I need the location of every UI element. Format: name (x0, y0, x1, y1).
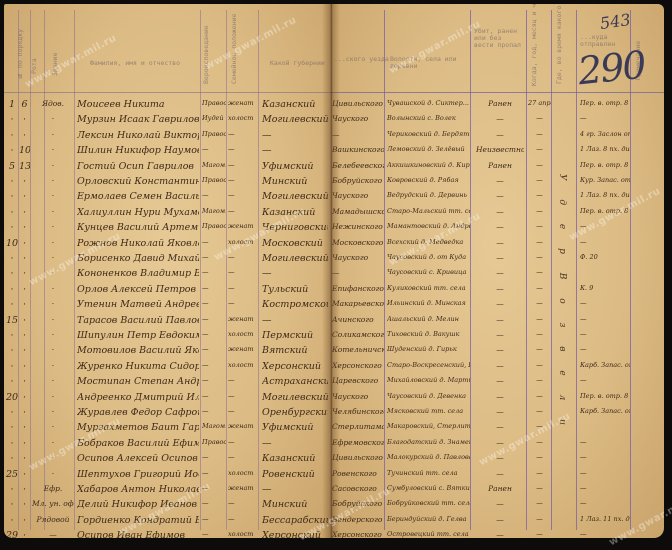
row-status: — (476, 268, 524, 277)
row-religion: — (202, 407, 226, 415)
row-district: — (332, 130, 384, 139)
row-family-status: — (228, 299, 258, 307)
row-company: · (19, 330, 30, 341)
row-company: · (19, 515, 30, 526)
row-date: — (528, 438, 551, 446)
row-sent-to: Пер. в. отр. 8 ден. (580, 99, 630, 107)
row-company: · (19, 284, 30, 295)
row-date: 27 апреля (528, 99, 551, 107)
row-status: — (476, 284, 524, 293)
row-rank: · (32, 315, 74, 324)
row-company: · (19, 345, 30, 356)
row-sent-to: — (580, 315, 630, 323)
row-date: — (528, 330, 551, 338)
header-date: Когда, год, месяц и число (531, 28, 538, 86)
row-company: 13 (19, 161, 30, 172)
row-religion: — (202, 315, 226, 323)
row-status: — (476, 130, 524, 139)
row-sent-to: — (580, 530, 630, 538)
row-religion: — (202, 330, 226, 338)
row-religion: — (202, 238, 226, 246)
row-date: — (528, 238, 551, 246)
row-province: Могилевский (262, 114, 328, 125)
row-date: — (528, 376, 551, 384)
row-district: Херсонского (332, 361, 384, 370)
row-company: · (19, 315, 30, 326)
row-district: Бендерского (332, 515, 384, 524)
row-status: — (476, 176, 524, 185)
row-volost: Лемовский д. Зелёвый (387, 145, 470, 153)
row-company: · (19, 361, 30, 372)
row-family-status: — (228, 161, 258, 169)
row-province: Костромской (262, 299, 328, 310)
row-family-status: — (228, 438, 258, 446)
row-status: — (476, 299, 524, 308)
row-full-name: Бобраков Василий Ефимов (77, 438, 199, 449)
row-district: Епифанского (332, 284, 384, 293)
row-province: — (262, 484, 328, 495)
row-status: — (476, 361, 524, 370)
row-family-status: — (228, 515, 258, 523)
row-number: · (6, 345, 18, 356)
row-sent-to: Пер. в. отр. 8 ден. (580, 392, 630, 400)
row-family-status: — (228, 376, 258, 384)
row-full-name: Журенко Никита Сидоров (77, 361, 199, 372)
row-rank: · (32, 176, 74, 185)
row-volost: Островецкий тт. села (387, 530, 470, 538)
row-rank: · (32, 238, 74, 247)
row-religion: — (202, 515, 226, 523)
row-volost: Ведрудский д. Дервинь (387, 191, 470, 199)
row-status: — (476, 515, 524, 524)
header-full-name: Фамилия, имя и отчество (90, 60, 180, 67)
row-date: — (528, 268, 551, 276)
row-province: Казанский (262, 99, 328, 110)
row-number: · (6, 253, 18, 264)
header-district: ...ского уезда (334, 56, 389, 63)
table-row: 29·—Осипов Иван Ефимов—холостХерсонский (4, 528, 330, 538)
row-family-status: — (228, 499, 258, 507)
header-religion: Вероисповедание (203, 34, 210, 84)
left-page: № по порядку Рота Звание Фамилия, имя и … (4, 4, 330, 538)
row-number: 29 (6, 530, 18, 538)
row-rank: · (32, 422, 74, 431)
row-date: — (528, 299, 551, 307)
row-district: — (332, 268, 384, 277)
row-company: · (19, 392, 30, 403)
row-family-status: женат (228, 345, 258, 353)
row-religion: Магом. (202, 422, 226, 430)
row-status: — (476, 407, 524, 416)
row-volost: Чаусовский с. Кривица (387, 268, 470, 276)
row-family-status: холост (228, 330, 258, 338)
row-province: Астраханский (262, 376, 328, 387)
row-religion: Правосл. (202, 130, 226, 138)
row-number: · (6, 207, 18, 218)
row-full-name: Мурзин Исаак Гаврилов (77, 114, 199, 125)
row-date: — (528, 176, 551, 184)
row-district: Московского (332, 238, 384, 247)
row-family-status: холост (228, 361, 258, 369)
row-sent-to: — (580, 469, 630, 477)
row-date: — (528, 515, 551, 523)
row-province: Могилевский (262, 392, 328, 403)
row-family-status: женат (228, 99, 258, 107)
row-number: 1 (6, 99, 18, 110)
row-religion: — (202, 284, 226, 292)
row-company: · (19, 484, 30, 495)
row-sent-to: — (580, 376, 630, 384)
row-full-name: Шептухов Григорий Иосифов (77, 469, 199, 480)
row-number: · (6, 176, 18, 187)
row-family-status: — (228, 145, 258, 153)
row-full-name: Ермолаев Семен Васильев (77, 191, 199, 202)
row-district: Челябинского (332, 407, 384, 416)
row-volost: Сумбуловский с. Вяткина (387, 484, 470, 492)
row-number: 10 (6, 238, 18, 249)
row-sent-to: К. 9 (580, 284, 630, 292)
row-company: · (19, 376, 30, 387)
row-sent-to: 4 гр. Заслон отр. (580, 130, 630, 138)
row-sent-to: — (580, 453, 630, 461)
row-number: 20 (6, 392, 18, 403)
row-sent-to: Карб. Запас. отр. (580, 361, 630, 369)
header-number: № по порядку (17, 34, 24, 80)
row-full-name: Утенин Матвей Андреев (77, 299, 199, 310)
row-family-status: холост (228, 238, 258, 246)
row-sent-to: — (580, 222, 630, 230)
row-status: — (476, 330, 524, 339)
row-family-status: холост (228, 114, 258, 122)
row-date: — (528, 361, 551, 369)
row-religion: Правосл. (202, 99, 226, 107)
row-province: Казанский (262, 453, 328, 464)
open-register-book: № по порядку Рота Звание Фамилия, имя и … (4, 4, 668, 538)
row-sent-to: 1 Лаз. 8 пх. див. (580, 191, 630, 199)
row-province: — (262, 438, 328, 449)
row-company: · (19, 530, 30, 538)
row-status: — (476, 114, 524, 123)
row-company: · (19, 130, 30, 141)
row-district: Ровенского (332, 469, 384, 478)
row-religion: — (202, 299, 226, 307)
row-rank: Мл. ун. оф. (32, 499, 74, 508)
row-rank: · (32, 376, 74, 385)
row-rank: · (32, 299, 74, 308)
row-status: — (476, 315, 524, 324)
row-sent-to: 1 Лаз. 11 пх. див. (580, 515, 630, 523)
row-volost: Мясковский тт. села (387, 407, 470, 415)
row-province: — (262, 145, 328, 156)
row-full-name: Тарасов Василий Павлов (77, 315, 199, 326)
row-number: · (6, 499, 18, 510)
row-province: Пермский (262, 330, 328, 341)
right-page: ...ского уезда Волости, села или деревни… (330, 4, 664, 538)
row-date: — (528, 484, 551, 492)
row-province: — (262, 130, 328, 141)
row-number: 15 (6, 315, 18, 326)
row-status: — (476, 422, 524, 431)
row-company: 6 (19, 99, 30, 110)
row-district: Чауского (332, 253, 384, 262)
row-religion: — (202, 268, 226, 276)
row-volost: Благодатский д. Знаменка (387, 438, 470, 446)
row-company: · (19, 438, 30, 449)
row-religion: — (202, 191, 226, 199)
row-rank: · (32, 361, 74, 370)
row-date: — (528, 453, 551, 461)
row-district: Херсонского (332, 530, 384, 538)
row-company: · (19, 407, 30, 418)
row-religion: Правосл. (202, 438, 226, 446)
row-religion: — (202, 376, 226, 384)
row-date: — (528, 315, 551, 323)
row-sent-to: — (580, 345, 630, 353)
row-province: Уфимский (262, 422, 328, 433)
header-rule (330, 92, 664, 93)
row-rank: · (32, 345, 74, 354)
row-province: Могилевский (262, 253, 328, 264)
row-family-status: — (228, 284, 258, 292)
row-company: · (19, 176, 30, 187)
row-province: Черниговский (262, 222, 328, 233)
row-province: — (262, 268, 328, 279)
row-number: · (6, 361, 18, 372)
row-status: — (476, 499, 524, 508)
row-company: · (19, 453, 30, 464)
row-family-status: — (228, 191, 258, 199)
row-province: Херсонский (262, 361, 328, 372)
row-province: Бессарабский (262, 515, 328, 526)
row-volost: Шуденский д. Гирьк (387, 345, 470, 353)
row-company: · (19, 253, 30, 264)
row-volost: Мамантовский д. Андреевка (387, 222, 470, 230)
row-rank: · (32, 407, 74, 416)
row-number: · (6, 299, 18, 310)
row-volost: Всехский д. Медведка (387, 238, 470, 246)
row-province: Минский (262, 499, 328, 510)
row-religion: Магом. (202, 207, 226, 215)
handwritten-record-number: 290 (576, 43, 647, 94)
row-religion: — (202, 530, 226, 538)
row-full-name: Мурзахметов Баит Гарей (77, 422, 199, 433)
row-district: Сасовского (332, 484, 384, 493)
row-company: · (19, 469, 30, 480)
row-rank: · (32, 268, 74, 277)
row-number: · (6, 484, 18, 495)
row-rank: · (32, 161, 74, 170)
header-rank: Звание (52, 36, 59, 76)
row-province: Тульский (262, 284, 328, 295)
row-number: · (6, 268, 18, 279)
row-number: · (6, 145, 18, 156)
row-volost: Ашальский д. Мелин (387, 315, 470, 323)
row-rank: Рядовой (32, 515, 74, 524)
row-company: · (19, 299, 30, 310)
row-volost: Тучинский тт. села (387, 469, 470, 477)
row-full-name: Делий Никифор Иванов (77, 499, 199, 510)
row-district: Чауского (332, 392, 384, 401)
row-date: — (528, 191, 551, 199)
row-family-status: — (228, 130, 258, 138)
row-religion: — (202, 469, 226, 477)
row-sent-to: Пер. в. отр. 8 ден. (580, 161, 630, 169)
row-volost: Тиховский д. Вакушк (387, 330, 470, 338)
row-number: · (6, 438, 18, 449)
row-family-status: — (228, 407, 258, 415)
row-province: — (262, 315, 328, 326)
row-full-name: Рожнов Николай Яковлев (77, 238, 199, 249)
row-religion: — (202, 345, 226, 353)
row-province: Московский (262, 238, 328, 249)
row-religion: — (202, 145, 226, 153)
row-rank: · (32, 114, 74, 123)
row-family-status: — (228, 268, 258, 276)
row-number: · (6, 407, 18, 418)
row-status: — (476, 191, 524, 200)
row-full-name: Мостипан Степан Андреев (77, 376, 199, 387)
row-company: 10 (19, 145, 30, 156)
row-date: — (528, 207, 551, 215)
row-district: Мамадышского (332, 207, 384, 216)
row-rank: · (32, 130, 74, 139)
row-full-name: Андреенко Дмитрий Ильич (77, 392, 199, 403)
row-number: · (6, 284, 18, 295)
row-rank: · (32, 453, 74, 462)
row-volost: Чериковский д. Бердятинова (387, 130, 470, 138)
row-full-name: Гостий Осип Гаврилов (77, 161, 199, 172)
row-sent-to: Ф. 20 (580, 253, 630, 261)
row-rank: · (32, 284, 74, 293)
row-volost: Малокурский д. Павлова (387, 453, 470, 461)
row-volost: Бобруйковский тт. села (387, 499, 470, 507)
row-rank: · (32, 145, 74, 154)
row-status: Ранен (476, 484, 524, 493)
row-rank: · (32, 207, 74, 216)
header-family-status: Семейное положение (231, 34, 238, 84)
row-district: Нежинского (332, 222, 384, 231)
row-rank: · (32, 253, 74, 262)
row-full-name: Кононенков Владимир Васильев (77, 268, 199, 279)
row-date: — (528, 145, 551, 153)
row-date: — (528, 253, 551, 261)
row-status: — (476, 253, 524, 262)
row-status: — (476, 207, 524, 216)
row-number: · (6, 222, 18, 233)
row-sent-to: — (580, 299, 630, 307)
row-sent-to: — (580, 114, 630, 122)
row-number: · (6, 515, 18, 526)
row-date: — (528, 469, 551, 477)
row-religion: — (202, 361, 226, 369)
row-district: Царевского (332, 376, 384, 385)
row-company: · (19, 222, 30, 233)
row-company: · (19, 114, 30, 125)
row-religion: — (202, 253, 226, 261)
row-district: Соликамского (332, 330, 384, 339)
row-family-status: холост (228, 530, 258, 538)
row-province: Оренбургский (262, 407, 328, 418)
row-province: Минский (262, 176, 328, 187)
row-status: — (476, 392, 524, 401)
row-rank: · (32, 222, 74, 231)
row-status: Неизвестно (476, 145, 524, 154)
row-volost: Волынский с. Волек (387, 114, 470, 122)
header-volost: Волости, села или деревни (390, 56, 466, 70)
row-religion: Магом. (202, 161, 226, 169)
row-status: — (476, 530, 524, 538)
row-family-status: — (228, 207, 258, 215)
row-number: · (6, 114, 18, 125)
row-religion: — (202, 484, 226, 492)
row-district: Белебеевского (332, 161, 384, 170)
row-district: Цивильского (332, 99, 384, 108)
row-province: Ровенский (262, 469, 328, 480)
row-company: · (19, 422, 30, 433)
row-full-name: Шилин Никифор Наумов (77, 145, 199, 156)
row-company: · (19, 268, 30, 279)
row-district: Бобруйского (332, 176, 384, 185)
row-volost: Старо-Мальский тт. села (387, 207, 470, 215)
row-company: · (19, 499, 30, 510)
row-company: · (19, 238, 30, 249)
row-family-status: — (228, 392, 258, 400)
row-status: — (476, 469, 524, 478)
row-full-name: Журавлев Федор Сафронов (77, 407, 199, 418)
row-volost: Куликовский тт. села (387, 284, 470, 292)
row-rank: Ядов. (32, 99, 74, 108)
row-district: Цивильского (332, 453, 384, 462)
row-district: Ачинского (332, 315, 384, 324)
row-full-name: Орловский Константин Михайлов (77, 176, 199, 187)
row-full-name: Борисенко Давид Михайлов (77, 253, 199, 264)
header-where: Где, во время какого сражения (556, 30, 563, 84)
row-full-name: Моисеев Никита (77, 99, 199, 110)
row-district: Бобруйского (332, 499, 384, 508)
row-sent-to: — (580, 484, 630, 492)
row-volost: Ковровский д. Рябая (387, 176, 470, 184)
row-family-status: — (228, 253, 258, 261)
row-family-status: женат (228, 484, 258, 492)
row-volost: Чувашской д. Сиктер... (387, 99, 470, 107)
header-province: Какой губернии (270, 60, 325, 67)
row-family-status: женат (228, 315, 258, 323)
row-status: Ранен (476, 161, 524, 170)
row-district: Ефремовского (332, 438, 384, 447)
row-number: 25 (6, 469, 18, 480)
row-date: — (528, 407, 551, 415)
row-number: · (6, 130, 18, 141)
row-status: — (476, 453, 524, 462)
row-date: — (528, 530, 551, 538)
row-rank: — (32, 530, 74, 538)
row-full-name: Шипулин Петр Евдокимов (77, 330, 199, 341)
row-status: — (476, 376, 524, 385)
row-family-status: — (228, 453, 258, 461)
row-full-name: Гордиенко Кондратий Васильев (77, 515, 199, 526)
row-volost: Бериндуйский д. Гелва (387, 515, 470, 523)
row-date: — (528, 422, 551, 430)
row-volost: Ильинский д. Минская (387, 299, 470, 307)
row-sent-to: — (580, 238, 630, 246)
row-rank: · (32, 330, 74, 339)
row-rank: · (32, 438, 74, 447)
row-district: Макарьевского (332, 299, 384, 308)
row-religion: — (202, 392, 226, 400)
row-full-name: Хабаров Антон Николаев (77, 484, 199, 495)
row-district: Чауского (332, 191, 384, 200)
row-full-name: Халиуллин Нури Мухамедов (77, 207, 199, 218)
